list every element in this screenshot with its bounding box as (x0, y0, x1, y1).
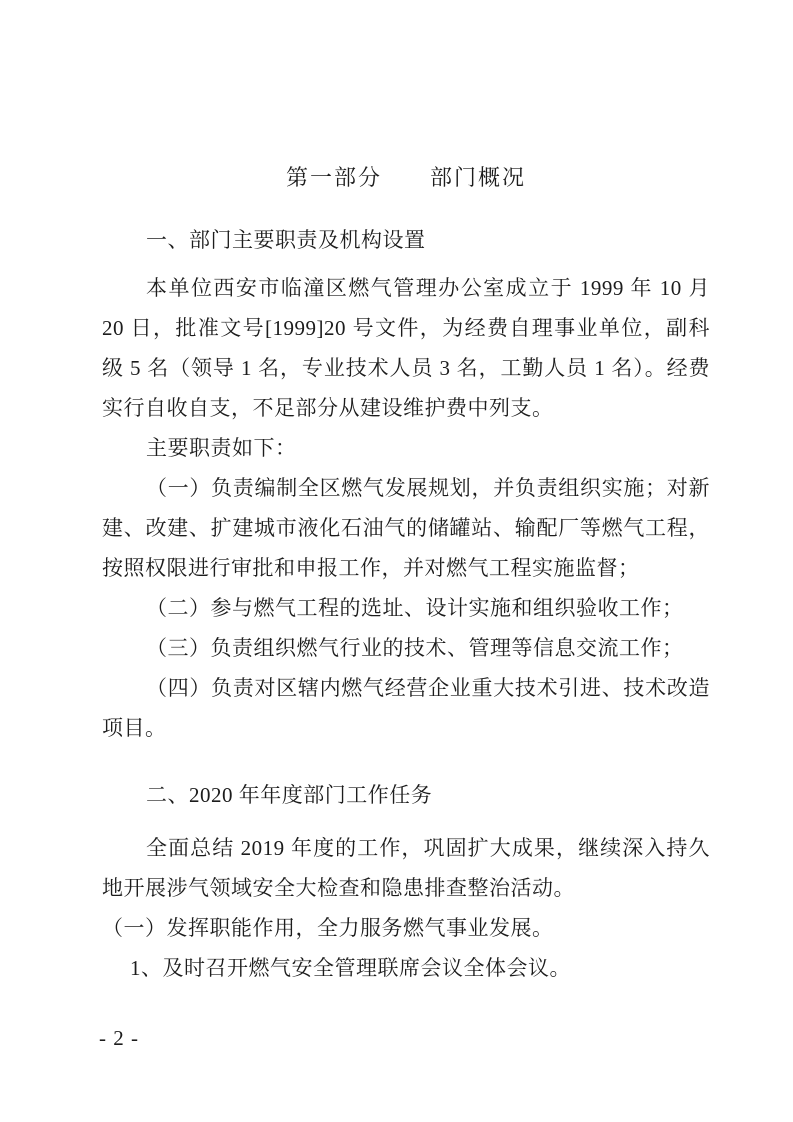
duty-line: （四）负责对区辖内燃气经营企业重大技术引进、技术改造 (102, 668, 710, 708)
page-number: - 2 - (99, 1026, 139, 1050)
section-1-heading: 一、部门主要职责及机构设置 (102, 220, 710, 260)
paragraph-line: 地开展涉气领域安全大检查和隐患排查整治活动。 (102, 868, 710, 908)
duty-line: （三）负责组织燃气行业的技术、管理等信息交流工作； (102, 628, 710, 668)
duties-intro-line: 主要职责如下： (102, 428, 710, 468)
paragraph-line: 全面总结 2019 年度的工作，巩固扩大成果，继续深入持久 (102, 828, 710, 868)
duty-line: 项目。 (102, 708, 710, 748)
section-2-heading: 二、2020 年年度部门工作任务 (102, 775, 710, 815)
paragraph-line: 本单位西安市临潼区燃气管理办公室成立于 1999 年 10 月 (102, 268, 710, 308)
paragraph-line: 20 日，批准文号[1999]20 号文件，为经费自理事业单位，副科 (102, 308, 710, 348)
paragraph-line: 实行自收自支，不足部分从建设维护费中列支。 (102, 388, 710, 428)
document-title: 第一部分 部门概况 (102, 158, 710, 198)
paragraph-line: 级 5 名（领导 1 名，专业技术人员 3 名，工勤人员 1 名）。经费 (102, 348, 710, 388)
task-line: 1、及时召开燃气安全管理联席会议全体会议。 (102, 948, 710, 988)
document-content: 第一部分 部门概况 一、部门主要职责及机构设置 本单位西安市临潼区燃气管理办公室… (102, 158, 710, 988)
task-line: （一）发挥职能作用，全力服务燃气事业发展。 (102, 908, 710, 948)
duty-line: （一）负责编制全区燃气发展规划，并负责组织实施；对新 (102, 468, 710, 508)
duty-line: （二）参与燃气工程的选址、设计实施和组织验收工作； (102, 588, 710, 628)
document-page: 第一部分 部门概况 一、部门主要职责及机构设置 本单位西安市临潼区燃气管理办公室… (0, 0, 793, 1122)
duty-line: 建、改建、扩建城市液化石油气的储罐站、输配厂等燃气工程， (102, 508, 710, 548)
duty-line: 按照权限进行审批和申报工作，并对燃气工程实施监督； (102, 548, 710, 588)
